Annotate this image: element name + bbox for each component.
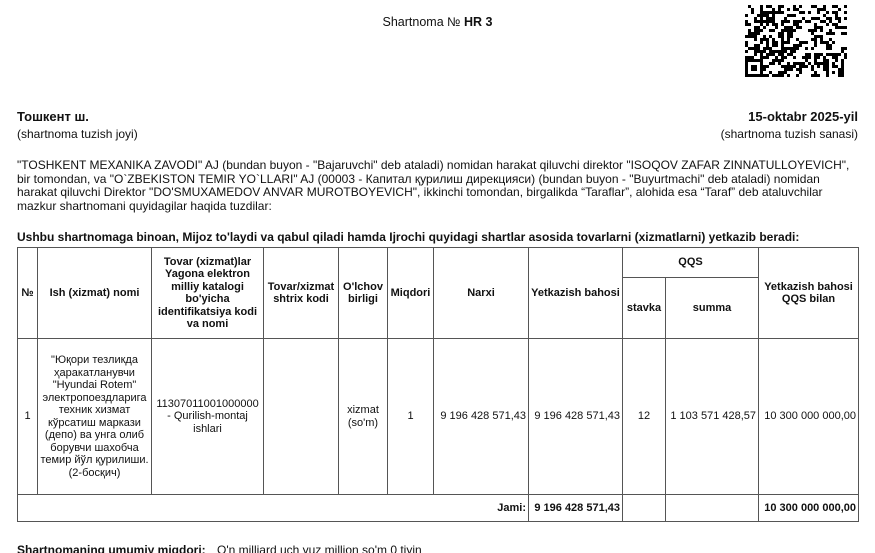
total-vat-sum [666, 495, 759, 522]
items-table: № Ish (xizmat) nomi Tovar (xizmat)lar Ya… [17, 247, 859, 522]
cell-barcode [264, 339, 339, 495]
col-header-qty: Miqdori [388, 248, 434, 339]
cell-qty: 1 [388, 339, 434, 495]
cell-name: "Юқори тезликда ҳаракатланувчи "Hyundai … [38, 339, 152, 495]
contract-place-label: (shartnoma tuzish joyi) [17, 127, 138, 141]
col-header-delivery: Yetkazish bahosi [529, 248, 623, 339]
total-row: Jami: 9 196 428 571,43 10 300 000 000,00 [18, 495, 859, 522]
contract-title: Shartnoma № HR 3 [0, 15, 875, 29]
summary-label: Shartnomaning umumiy miqdori: [17, 543, 206, 553]
cell-delivery: 9 196 428 571,43 [529, 339, 623, 495]
col-header-vat-rate: stavka [623, 278, 666, 339]
table-row: 1 "Юқори тезликда ҳаракатланувчи "Hyunda… [18, 339, 859, 495]
total-vat-rate [623, 495, 666, 522]
contract-date: 15-oktabr 2025-yil [748, 109, 858, 124]
contract-number: HR 3 [464, 15, 492, 29]
summary-value: O'n milliard uch yuz million so'm 0 tiyi… [217, 543, 422, 553]
col-header-delivery-vat: Yetkazish bahosi QQS bilan [759, 248, 859, 339]
total-label: Jami: [18, 495, 529, 522]
cell-vat-sum: 1 103 571 428,57 [666, 339, 759, 495]
col-header-vat-sum: summa [666, 278, 759, 339]
col-header-no: № [18, 248, 38, 339]
cell-no: 1 [18, 339, 38, 495]
intro-paragraph: "TOSHKENT MEXANIKA ZAVODI" AJ (bundan bu… [17, 159, 862, 213]
contract-total-summary: Shartnomaning umumiy miqdori: O'n millia… [17, 543, 422, 553]
total-delivery: 9 196 428 571,43 [529, 495, 623, 522]
cell-price: 9 196 428 571,43 [434, 339, 529, 495]
total-delivery-vat: 10 300 000 000,00 [759, 495, 859, 522]
contract-title-prefix: Shartnoma № [383, 15, 461, 29]
contract-date-label: (shartnoma tuzish sanasi) [721, 127, 858, 141]
col-header-vat: QQS [623, 248, 759, 278]
cell-catalog: 11307011001000000 - Qurilish-montaj ishl… [152, 339, 264, 495]
contract-place: Тошкент ш. [17, 109, 89, 124]
col-header-unit: O'lchov birligi [339, 248, 388, 339]
cell-unit: xizmat (so'm) [339, 339, 388, 495]
col-header-barcode: Tovar/xizmat shtrix kodi [264, 248, 339, 339]
qr-code-icon [745, 5, 847, 77]
col-header-price: Narxi [434, 248, 529, 339]
cell-delivery-vat: 10 300 000 000,00 [759, 339, 859, 495]
cell-vat-rate: 12 [623, 339, 666, 495]
col-header-name: Ish (xizmat) nomi [38, 248, 152, 339]
col-header-catalog: Tovar (xizmat)lar Yagona elektron milliy… [152, 248, 264, 339]
lead-paragraph: Ushbu shartnomaga binoan, Mijoz to'laydi… [17, 230, 799, 244]
